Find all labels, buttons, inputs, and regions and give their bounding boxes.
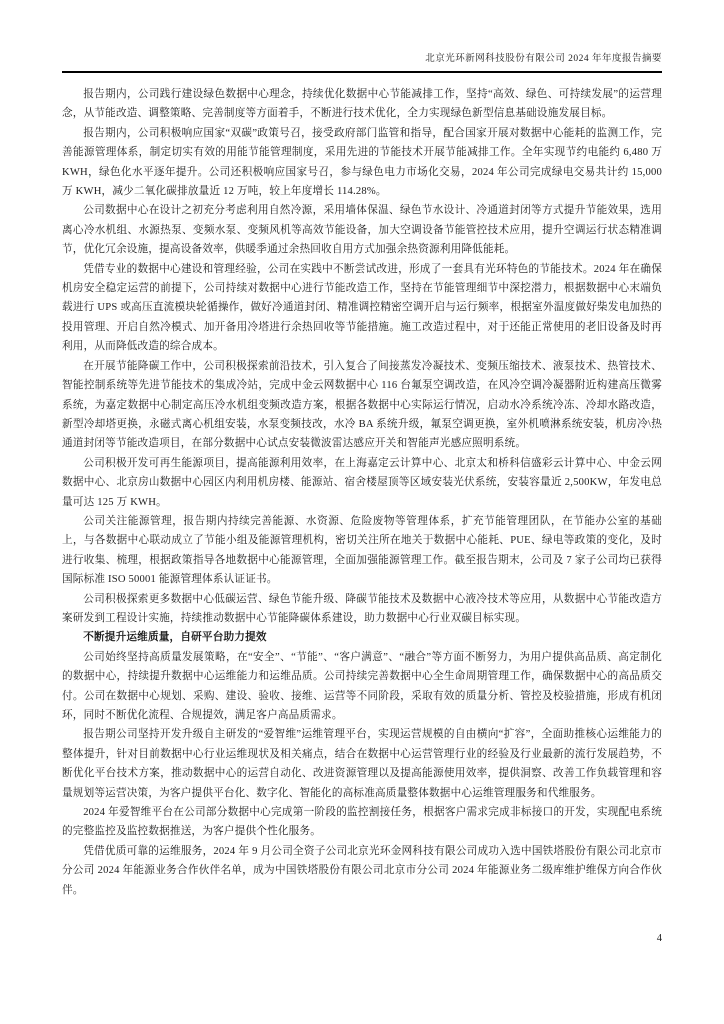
paragraph: 公司积极开发可再生能源项目，提高能源利用效率，在上海嘉定云计算中心、北京太和桥科…	[62, 454, 662, 512]
paragraph: 在开展节能降碳工作中，公司积极探索前沿技术，引入复合了间接蒸发冷凝技术、变频压缩…	[62, 357, 662, 454]
report-header-title: 北京光环新网科技股份有限公司 2024 年年度报告摘要	[62, 0, 662, 73]
page-content-area: 北京光环新网科技股份有限公司 2024 年年度报告摘要 报告期内，公司践行建设绿…	[62, 0, 662, 900]
paragraph: 报告期公司坚持开发升级自主研发的“爱智维”运维管理平台，实现运营规模的自由横向“…	[62, 725, 662, 803]
paragraph: 公司始终坚持高质量发展策略，在“安全”、“节能”、“客户满意”、“融合”等方面不…	[62, 648, 662, 726]
document-body: 报告期内，公司践行建设绿色数据中心理念，持续优化数据中心节能减排工作，坚持“高效…	[62, 85, 662, 900]
paragraph: 公司关注能源管理，报告期内持续完善能源、水资源、危险废物等管理体系，扩充节能管理…	[62, 512, 662, 590]
paragraph: 公司数据中心在设计之初充分考虑利用自然冷源，采用墙体保温、绿色节水设计、冷通道封…	[62, 201, 662, 259]
paragraph: 凭借专业的数据中心建设和管理经验，公司在实践中不断尝试改进，形成了一套具有光环特…	[62, 260, 662, 357]
paragraph: 报告期内，公司践行建设绿色数据中心理念，持续优化数据中心节能减排工作，坚持“高效…	[62, 85, 662, 124]
page-number: 4	[657, 933, 662, 944]
report-page: 北京光环新网科技股份有限公司 2024 年年度报告摘要 报告期内，公司践行建设绿…	[0, 0, 724, 1024]
paragraph: 公司积极探索更多数据中心低碳运营、绿色节能升级、降碳节能技术及数据中心液冷技术等…	[62, 590, 662, 629]
paragraph: 2024 年爱智维平台在公司部分数据中心完成第一阶段的监控割接任务，根据客户需求…	[62, 803, 662, 842]
paragraph: 报告期内，公司积极响应国家“双碳”政策号召，接受政府部门监管和指导，配合国家开展…	[62, 124, 662, 202]
paragraph: 凭借优质可靠的运维服务，2024 年 9 月公司全资子公司北京光环金网科技有限公…	[62, 842, 662, 900]
section-heading: 不断提升运维质量，自研平台助力提效	[62, 628, 662, 647]
